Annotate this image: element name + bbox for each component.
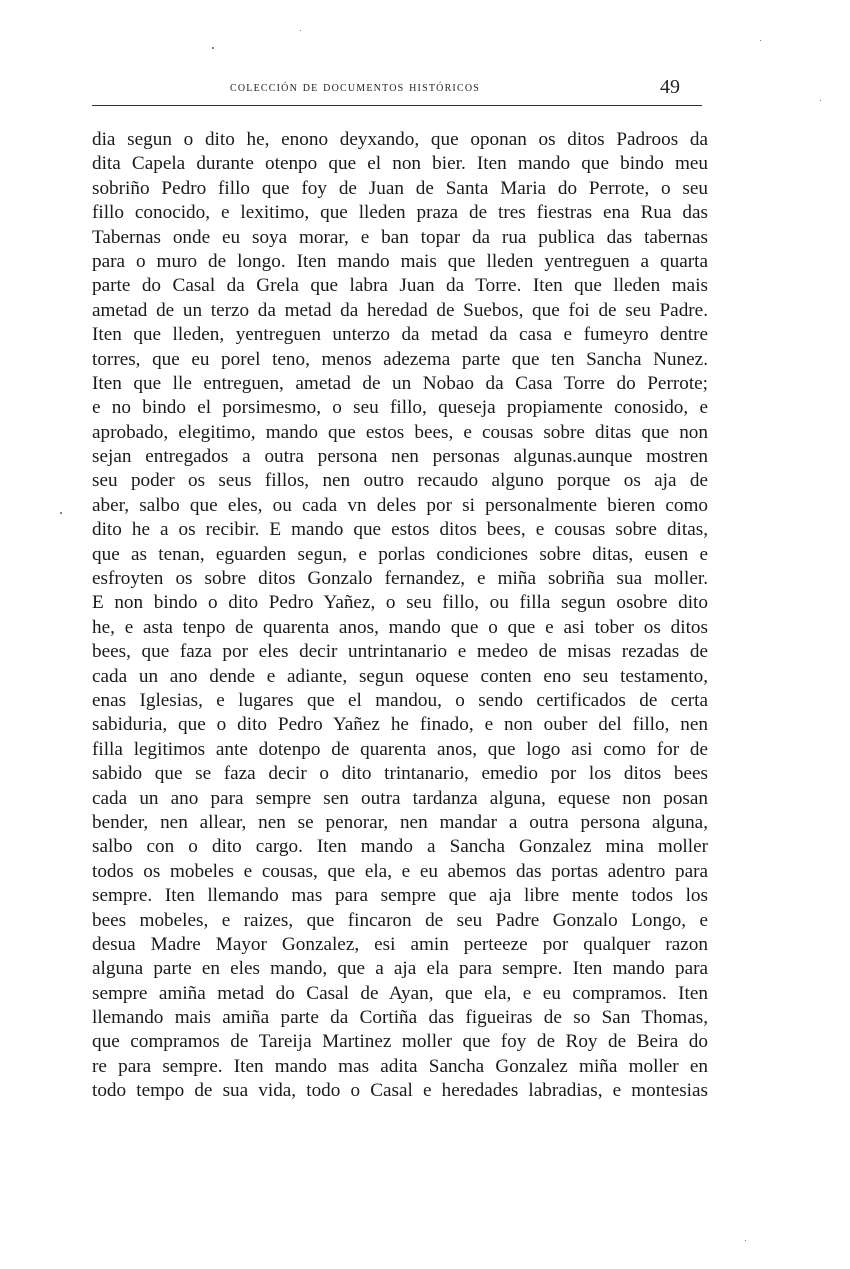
scan-speck [212,47,214,49]
text-line: sabiduria, que o dito Pedro Yañez he fin… [92,713,708,737]
text-line: para o muro de longo. Iten mando mais qu… [92,250,708,274]
scan-speck [300,30,301,31]
text-line: parte do Casal da Grela que labra Juan d… [92,274,708,298]
text-line: aber, salbo que eles, ou cada vn deles p… [92,494,708,518]
text-line: bees mobeles, e raizes, que fincaron de … [92,909,708,933]
text-line: bees, que faza por eles decir untrintana… [92,640,708,664]
text-line: sobriño Pedro fillo que foy de Juan de S… [92,177,708,201]
text-line: todos os mobeles e cousas, que ela, e eu… [92,860,708,884]
header-rule [92,105,702,106]
text-line: desua Madre Mayor Gonzalez, esi amin per… [92,933,708,957]
text-line: dita Capela durante otenpo que el non bi… [92,152,708,176]
text-line: bender, nen allear, nen se penorar, nen … [92,811,708,835]
text-line: salbo con o dito cargo. Iten mando a San… [92,835,708,859]
text-line: que as tenan, eguarden segun, e porlas c… [92,543,708,567]
text-line: e no bindo el porsimesmo, o seu fillo, q… [92,396,708,420]
page-number: 49 [660,76,680,99]
text-line: re para sempre. Iten mando mas adita San… [92,1055,708,1079]
text-line: ametad de un terzo da metad da heredad d… [92,299,708,323]
text-line: Iten que lle entreguen, ametad de un Nob… [92,372,708,396]
scan-speck [820,100,821,101]
text-line: sejan entregados a outra persona nen per… [92,445,708,469]
text-line: llemando mais amiña parte da Cortiña das… [92,1006,708,1030]
text-line: E non bindo o dito Pedro Yañez, o seu fi… [92,591,708,615]
text-line: cada un ano para sempre sen outra tardan… [92,787,708,811]
text-line: dia segun o dito he, enono deyxando, que… [92,128,708,152]
text-line: esfroyten os sobre ditos Gonzalo fernand… [92,567,708,591]
scan-speck [745,1240,746,1241]
text-line: todo tempo de sua vida, todo o Casal e h… [92,1079,708,1103]
text-line: filla legitimos ante dotenpo de quarenta… [92,738,708,762]
text-line: cada un ano dende e adiante, segun oques… [92,665,708,689]
scan-speck [760,40,761,41]
text-line: sempre. Iten llemando mas para sempre qu… [92,884,708,908]
text-line: Tabernas onde eu soya morar, e ban topar… [92,226,708,250]
text-line: enas Iglesias, e lugares que el mandou, … [92,689,708,713]
text-line: aprobado, elegitimo, mando que estos bee… [92,421,708,445]
text-line: que compramos de Tareija Martinez moller… [92,1030,708,1054]
body-text: dia segun o dito he, enono deyxando, que… [92,128,708,1104]
text-line: dito he a os recibir. E mando que estos … [92,518,708,542]
text-line: fillo conocido, e lexitimo, que lleden p… [92,201,708,225]
text-line: seu poder os seus fillos, nen outro reca… [92,469,708,493]
running-title: COLECCIÓN DE DOCUMENTOS HISTÓRICOS [230,80,480,96]
text-line: sabido que se faza decir o dito trintana… [92,762,708,786]
text-line: he, e asta tenpo de quarenta anos, mando… [92,616,708,640]
text-line: torres, que eu porel teno, menos adezema… [92,348,708,372]
text-line: sempre amiña metad do Casal de Ayan, que… [92,982,708,1006]
page-header: COLECCIÓN DE DOCUMENTOS HISTÓRICOS 49 [92,76,704,104]
scan-speck [60,512,62,514]
text-line: Iten que lleden, yentreguen unterzo da m… [92,323,708,347]
text-line: alguna parte en eles mando, que a aja el… [92,957,708,981]
